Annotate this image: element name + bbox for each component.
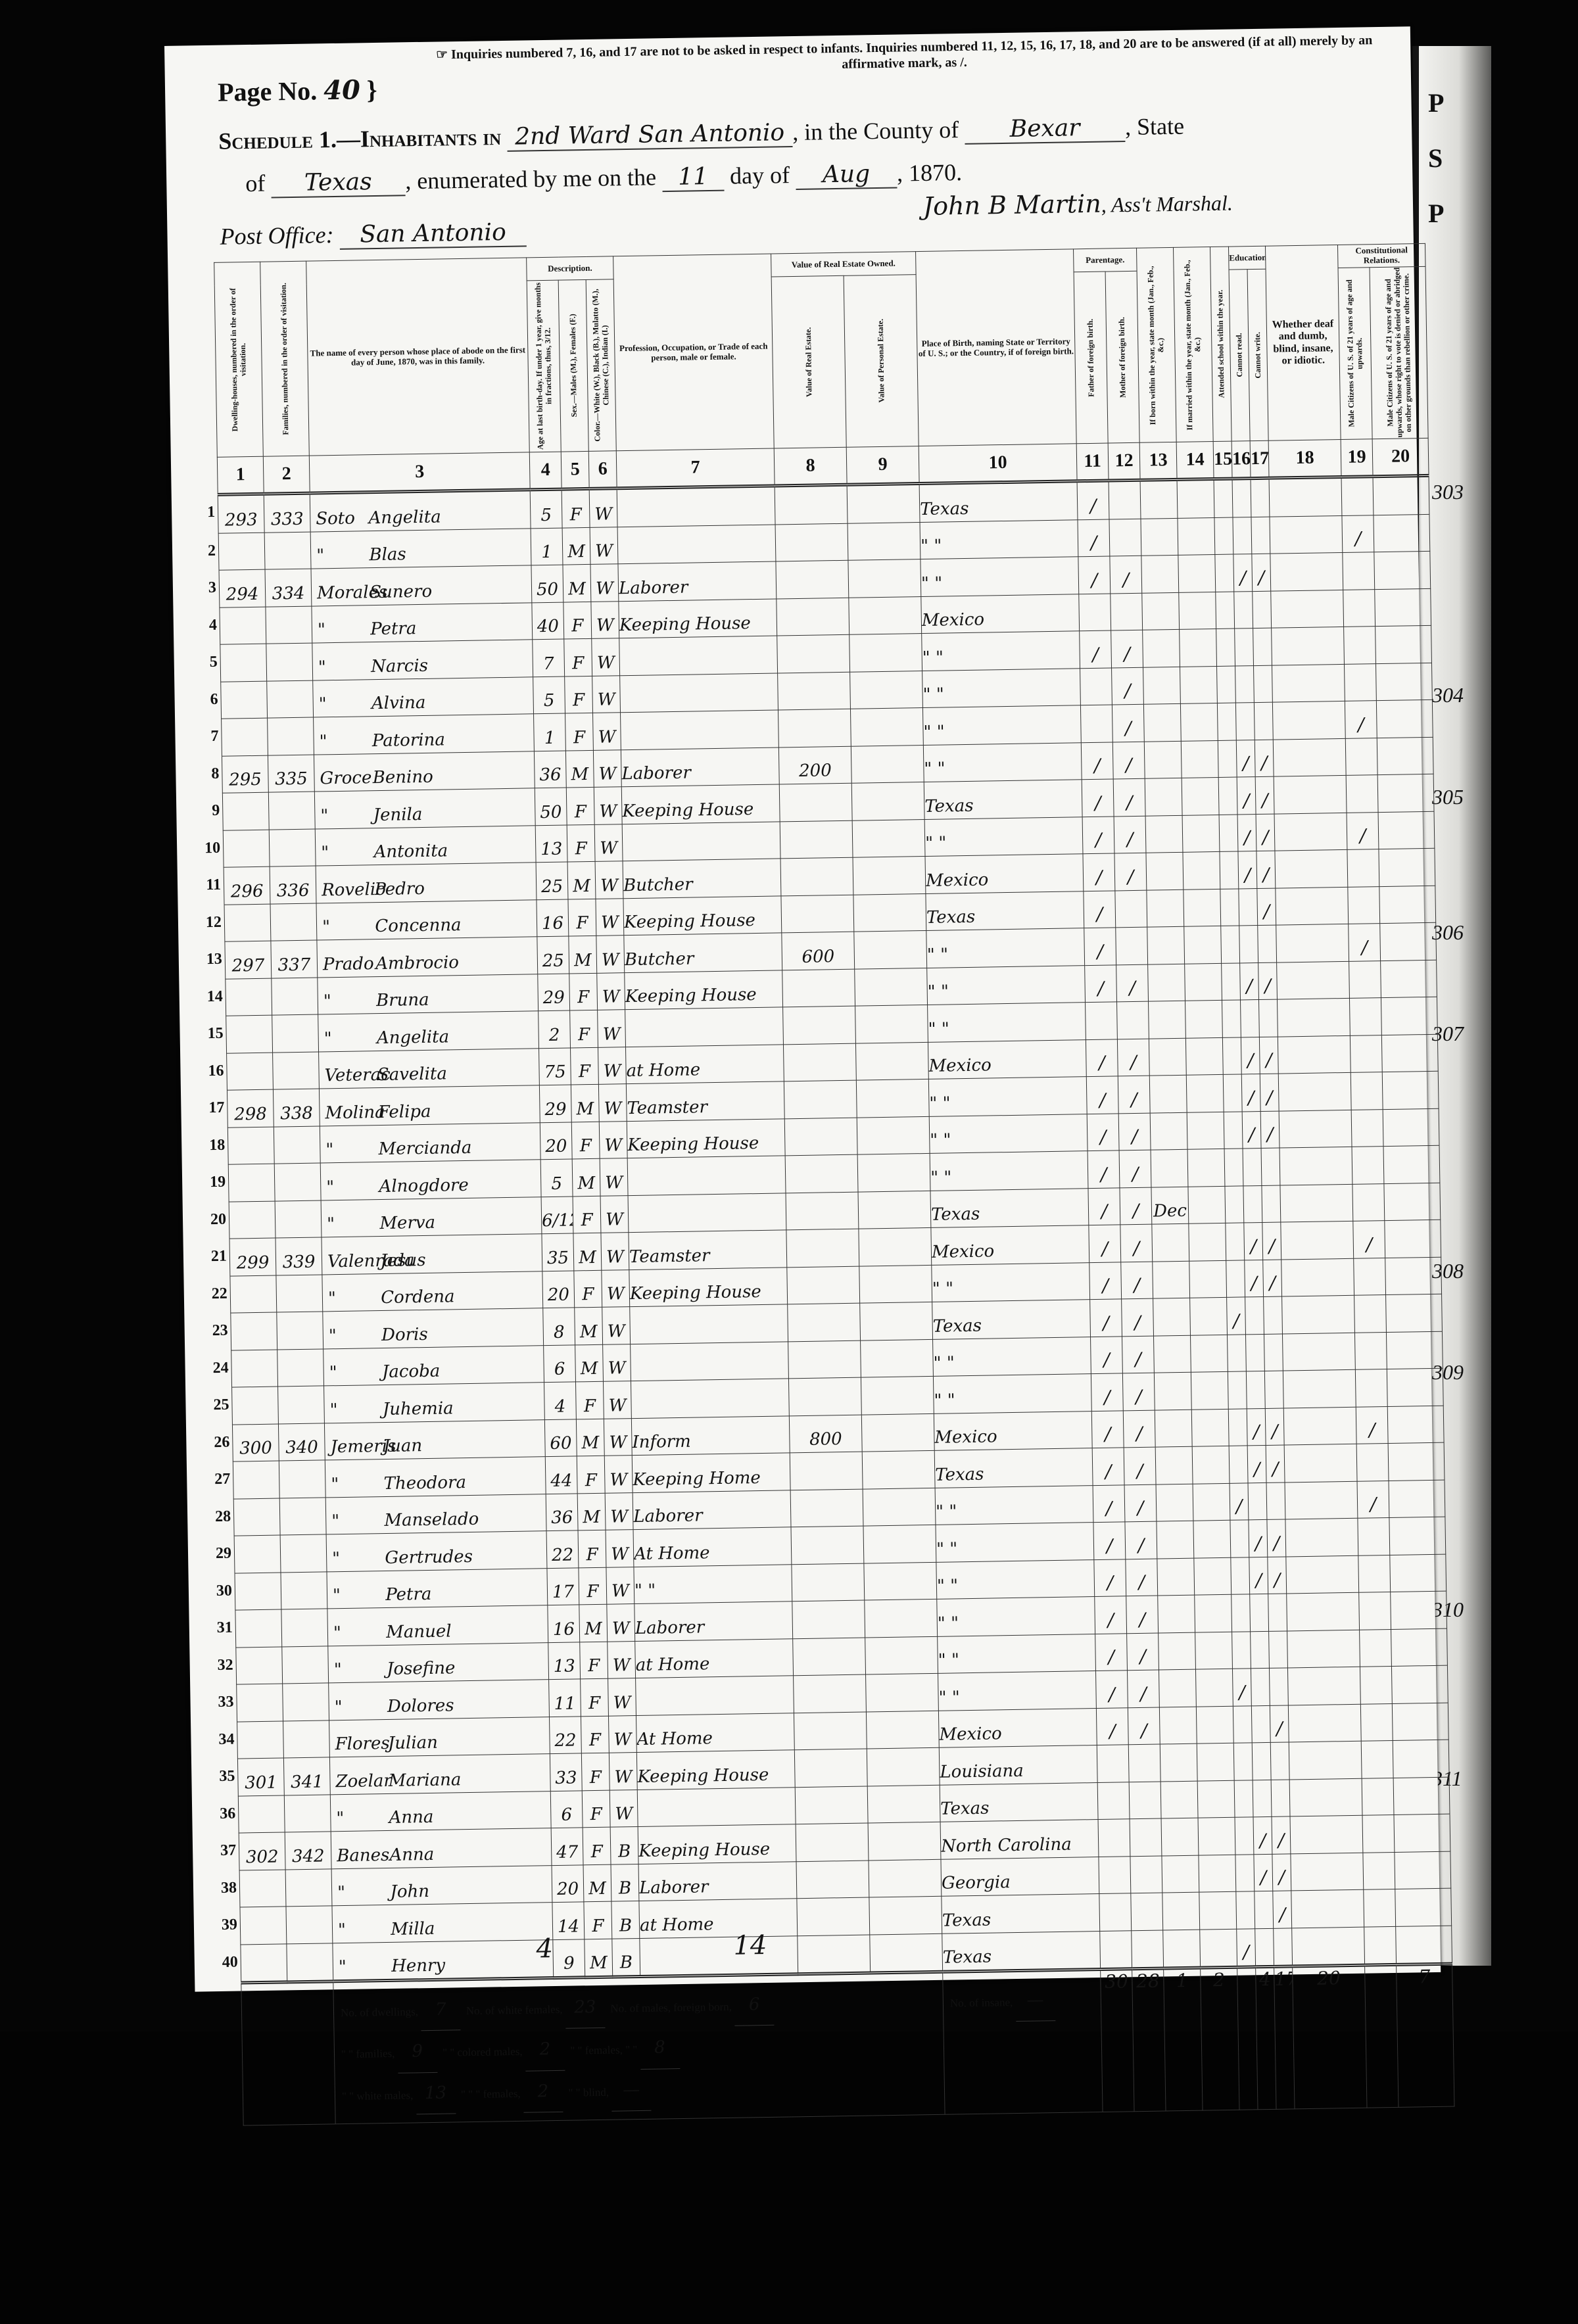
color: W bbox=[598, 1010, 626, 1047]
dwelling-number bbox=[238, 1795, 285, 1833]
line-number: 16 bbox=[200, 1062, 224, 1081]
sex: F bbox=[563, 602, 592, 639]
cannot-read bbox=[1245, 1260, 1264, 1297]
check-mark-icon bbox=[1135, 1350, 1141, 1370]
given-name: Narcis bbox=[371, 655, 428, 676]
check-mark-icon bbox=[1267, 1126, 1274, 1145]
dwelling-number bbox=[221, 681, 268, 719]
school bbox=[1214, 479, 1233, 517]
given-name: Benino bbox=[373, 767, 433, 788]
adjacent-header-letter: S bbox=[1428, 141, 1491, 176]
mother-foreign bbox=[1121, 1262, 1153, 1299]
surname: " bbox=[329, 1400, 377, 1420]
vote-denied bbox=[1384, 1183, 1441, 1221]
cannot-write bbox=[1251, 517, 1270, 554]
citizen bbox=[1360, 1703, 1393, 1741]
vote-denied bbox=[1376, 700, 1433, 738]
dwelling-number bbox=[231, 1312, 277, 1350]
check-mark-icon bbox=[1266, 1051, 1272, 1071]
occupation bbox=[630, 1304, 788, 1344]
birthplace: " " bbox=[920, 557, 1079, 596]
vote-denied bbox=[1391, 1591, 1447, 1629]
father-foreign bbox=[1098, 1819, 1130, 1857]
school bbox=[1219, 815, 1238, 852]
given-name: Manuel bbox=[386, 1621, 452, 1642]
citizen bbox=[1347, 812, 1379, 849]
citizen bbox=[1358, 1518, 1390, 1555]
cannot-read bbox=[1243, 1149, 1262, 1186]
born-month bbox=[1144, 741, 1182, 778]
check-mark-icon bbox=[1360, 826, 1366, 846]
citizen bbox=[1349, 924, 1381, 961]
sex: M bbox=[575, 1307, 603, 1344]
surname: Soto bbox=[316, 508, 363, 529]
sex: F bbox=[565, 713, 594, 750]
personal-estate-value bbox=[850, 671, 923, 709]
family-number bbox=[268, 717, 314, 755]
vote-denied bbox=[1394, 1814, 1450, 1852]
age: 2 bbox=[538, 1010, 571, 1048]
mother-foreign bbox=[1122, 1336, 1155, 1373]
mother-foreign bbox=[1111, 593, 1143, 630]
birthplace: " " bbox=[929, 1114, 1088, 1153]
check-mark-icon bbox=[1134, 1276, 1140, 1296]
married-month bbox=[1197, 1743, 1234, 1780]
father-foreign bbox=[1099, 1893, 1132, 1931]
disability bbox=[1285, 1481, 1358, 1519]
person-name: " Petra bbox=[327, 1568, 548, 1609]
line-number: 2 bbox=[192, 542, 216, 561]
check-mark-icon bbox=[1140, 1684, 1147, 1704]
family-number bbox=[280, 1534, 327, 1573]
check-mark-icon bbox=[1262, 791, 1268, 811]
vote-denied bbox=[1375, 625, 1432, 663]
personal-estate-value bbox=[866, 1673, 939, 1711]
disability bbox=[1278, 1072, 1351, 1110]
school bbox=[1222, 962, 1241, 1000]
dwelling-number bbox=[227, 1053, 274, 1091]
surname: " bbox=[333, 1585, 380, 1605]
born-month bbox=[1148, 964, 1185, 1001]
color: W bbox=[608, 1715, 636, 1753]
line-number: 39 bbox=[214, 1916, 237, 1935]
dwelling-number bbox=[236, 1646, 283, 1684]
person-name: " John bbox=[331, 1865, 552, 1906]
check-mark-icon bbox=[1245, 866, 1251, 886]
occupation: Keeping House bbox=[636, 1750, 795, 1790]
age: 13 bbox=[548, 1642, 581, 1679]
born-month bbox=[1151, 1149, 1188, 1187]
occupation bbox=[636, 1676, 794, 1715]
person-name: " Angelita bbox=[318, 1011, 539, 1052]
surname: " bbox=[334, 1697, 381, 1717]
check-mark-icon bbox=[1133, 1239, 1139, 1258]
colored-females-count: 2 bbox=[523, 2071, 563, 2113]
occupation bbox=[620, 673, 778, 712]
real-estate-value bbox=[788, 1377, 861, 1415]
check-mark-icon bbox=[1101, 1239, 1108, 1259]
vote-denied bbox=[1383, 1145, 1440, 1183]
sex: M bbox=[572, 1158, 600, 1196]
line-number: 6 bbox=[194, 691, 218, 709]
personal-estate-value bbox=[860, 1302, 933, 1340]
vote-denied bbox=[1389, 1480, 1445, 1518]
real-estate-value bbox=[787, 1266, 860, 1304]
age: 50 bbox=[535, 788, 567, 825]
vote-denied bbox=[1390, 1554, 1446, 1592]
dwelling-number bbox=[228, 1164, 275, 1202]
person-name: Molina Felipa bbox=[319, 1085, 540, 1126]
vote-denied bbox=[1388, 1442, 1445, 1481]
vote-denied bbox=[1389, 1517, 1446, 1555]
cannot-read bbox=[1232, 479, 1251, 517]
personal-estate-value bbox=[856, 1079, 929, 1117]
family-number: 340 bbox=[278, 1423, 325, 1461]
check-mark-icon bbox=[1133, 1202, 1139, 1221]
color: W bbox=[606, 1567, 634, 1604]
family-number bbox=[277, 1348, 324, 1387]
personal-estate-value bbox=[851, 745, 924, 783]
father-foreign bbox=[1091, 1410, 1124, 1448]
foreign-females-count: 8 bbox=[640, 2027, 680, 2069]
sex: F bbox=[577, 1456, 605, 1493]
disability bbox=[1277, 961, 1350, 999]
citizen bbox=[1347, 849, 1379, 887]
father-foreign bbox=[1095, 1596, 1127, 1634]
cannot-write bbox=[1262, 1222, 1281, 1260]
mother-foreign bbox=[1113, 778, 1145, 816]
father-foreign bbox=[1096, 1671, 1128, 1708]
color: W bbox=[604, 1456, 633, 1493]
school bbox=[1237, 1928, 1256, 1967]
dwelling-number bbox=[237, 1720, 284, 1759]
age: 7 bbox=[533, 639, 565, 676]
adjacent-dwelling-number: 305 bbox=[1432, 785, 1464, 809]
surname: " bbox=[318, 657, 366, 677]
real-estate-value bbox=[777, 634, 850, 673]
age: 1 bbox=[531, 528, 563, 565]
check-mark-icon bbox=[1100, 1128, 1107, 1148]
given-name: Ambrocio bbox=[375, 953, 459, 974]
citizen bbox=[1344, 627, 1376, 664]
col-dwelling-header: Dwelling-houses, numbered in the order o… bbox=[214, 262, 264, 457]
real-estate-value bbox=[783, 1006, 856, 1044]
mother-foreign bbox=[1123, 1410, 1155, 1448]
check-mark-icon bbox=[1260, 1832, 1266, 1851]
married-month bbox=[1195, 1594, 1232, 1632]
cannot-read bbox=[1251, 1668, 1270, 1705]
married-month bbox=[1200, 1929, 1237, 1968]
line-number: 9 bbox=[196, 802, 220, 820]
given-name: Merva bbox=[379, 1213, 435, 1233]
check-mark-icon bbox=[1253, 1423, 1260, 1442]
age: 47 bbox=[551, 1828, 583, 1865]
family-number: 333 bbox=[264, 493, 310, 533]
born-month bbox=[1163, 1930, 1201, 1968]
mother-foreign bbox=[1109, 519, 1141, 556]
born-month bbox=[1142, 592, 1180, 630]
person-name: " Mercianda bbox=[320, 1122, 540, 1163]
check-mark-icon bbox=[1369, 1421, 1375, 1440]
surname: " bbox=[318, 619, 365, 640]
check-mark-icon bbox=[1276, 1720, 1283, 1740]
married-month bbox=[1183, 889, 1221, 926]
color: W bbox=[610, 1790, 638, 1827]
check-mark-icon bbox=[1134, 1313, 1141, 1333]
cannot-read bbox=[1251, 1631, 1270, 1669]
mother-foreign bbox=[1129, 1782, 1161, 1819]
sex: F bbox=[567, 824, 595, 862]
mother-foreign bbox=[1124, 1447, 1156, 1484]
surname: " bbox=[339, 1956, 386, 1977]
born-month bbox=[1155, 1410, 1192, 1447]
check-mark-icon bbox=[1137, 1499, 1144, 1519]
age: 5 bbox=[530, 489, 562, 528]
born-month bbox=[1159, 1707, 1197, 1744]
given-name: Jacoba bbox=[382, 1362, 441, 1382]
citizen bbox=[1355, 1369, 1387, 1407]
birthplace: Louisiana bbox=[939, 1745, 1097, 1785]
married-month bbox=[1199, 1891, 1237, 1929]
page-number-value: 40 bbox=[323, 74, 360, 106]
birthplace: " " bbox=[922, 705, 1081, 745]
dwelling-number bbox=[226, 1015, 273, 1053]
married-month bbox=[1179, 592, 1216, 629]
married-month bbox=[1187, 1149, 1225, 1186]
person-name: " Doris bbox=[323, 1308, 544, 1349]
real-estate-value bbox=[785, 1154, 858, 1193]
check-mark-icon bbox=[1358, 715, 1364, 735]
disability bbox=[1270, 515, 1343, 554]
age: 60 bbox=[544, 1419, 577, 1456]
check-mark-icon bbox=[1138, 1573, 1145, 1593]
column-number-19: 19 bbox=[1341, 439, 1373, 477]
summary-tallies: No. of dwellings, 7 No. of white females… bbox=[333, 1972, 945, 2124]
column-number-8: 8 bbox=[774, 447, 847, 486]
personal-estate-value bbox=[865, 1636, 938, 1674]
cannot-write bbox=[1259, 999, 1278, 1037]
check-mark-icon bbox=[1092, 645, 1099, 665]
vote-denied bbox=[1391, 1665, 1448, 1703]
age: 11 bbox=[549, 1679, 581, 1717]
real-estate-value bbox=[791, 1526, 864, 1564]
dwelling-number bbox=[222, 718, 268, 756]
real-estate-value bbox=[794, 1712, 867, 1750]
disability bbox=[1279, 1110, 1352, 1148]
real-estate-value bbox=[775, 523, 848, 561]
surname: Zoelar bbox=[335, 1771, 383, 1791]
cannot-write bbox=[1260, 1074, 1279, 1111]
disability bbox=[1288, 1704, 1361, 1742]
col-occupation-header: Profession, Occupation, or Trade of each… bbox=[613, 254, 775, 451]
citizen bbox=[1357, 1481, 1389, 1518]
line-number: 35 bbox=[211, 1768, 235, 1786]
given-name: Pedro bbox=[374, 878, 425, 899]
person-name: " Antonita bbox=[315, 825, 536, 866]
sex: M bbox=[575, 1344, 604, 1382]
citizen bbox=[1354, 1258, 1386, 1295]
column-number-20: 20 bbox=[1372, 438, 1429, 476]
dwelling-number bbox=[224, 904, 271, 942]
married-month bbox=[1191, 1335, 1228, 1372]
mother-foreign bbox=[1116, 964, 1149, 1002]
sex: F bbox=[574, 1270, 602, 1308]
mother-foreign bbox=[1128, 1707, 1160, 1745]
census-page: ☞ Inquiries numbered 7, 16, and 17 are n… bbox=[164, 26, 1441, 1991]
father-foreign bbox=[1099, 1856, 1131, 1893]
real-estate-value bbox=[778, 672, 851, 710]
sex: F bbox=[565, 676, 593, 713]
check-mark-icon bbox=[1095, 794, 1101, 813]
given-name: Antonita bbox=[373, 841, 448, 862]
dwelling-number bbox=[239, 1869, 286, 1907]
family-number bbox=[269, 829, 316, 867]
born-month bbox=[1157, 1558, 1195, 1596]
check-mark-icon bbox=[1124, 682, 1131, 701]
cannot-read bbox=[1255, 1928, 1274, 1967]
cannot-read bbox=[1239, 888, 1258, 926]
citizen bbox=[1363, 1852, 1395, 1889]
cannot-write bbox=[1256, 851, 1276, 888]
person-name: " Alvina bbox=[313, 676, 534, 717]
insane-tally: No. of insane, — bbox=[943, 1969, 1103, 2114]
check-mark-icon bbox=[1268, 1237, 1275, 1256]
occupation: Keeping House bbox=[623, 895, 782, 935]
married-month bbox=[1181, 740, 1218, 778]
mother-foreign bbox=[1117, 1001, 1149, 1039]
disability bbox=[1286, 1555, 1359, 1594]
age: 35 bbox=[542, 1233, 574, 1271]
disability bbox=[1287, 1592, 1360, 1630]
cannot-write bbox=[1254, 702, 1273, 740]
family-number bbox=[273, 1052, 320, 1090]
surname: Prado bbox=[323, 954, 370, 974]
given-name: Mariana bbox=[389, 1770, 462, 1791]
occupation bbox=[619, 636, 778, 675]
color: W bbox=[600, 1158, 628, 1196]
disability bbox=[1271, 590, 1344, 628]
personal-estate-value bbox=[853, 856, 926, 894]
adjacent-page-header-letters: PSP bbox=[1419, 85, 1491, 231]
col-sex-header: Sex.—Males (M.), Females (F.) bbox=[558, 279, 588, 452]
school bbox=[1215, 554, 1234, 592]
check-mark-icon bbox=[1131, 1090, 1137, 1110]
surname: Valenrada bbox=[327, 1251, 375, 1271]
cannot-write bbox=[1266, 1445, 1285, 1482]
color: W bbox=[607, 1604, 635, 1642]
married-month bbox=[1189, 1260, 1227, 1298]
real-estate-value bbox=[782, 969, 855, 1007]
occupation: At Home bbox=[636, 1713, 794, 1752]
citizen bbox=[1360, 1666, 1392, 1703]
occupation: Teamster bbox=[629, 1230, 787, 1269]
given-name: Mercianda bbox=[378, 1138, 471, 1159]
married-month bbox=[1186, 1074, 1224, 1112]
disability bbox=[1276, 887, 1349, 925]
sex: F bbox=[564, 638, 592, 676]
married-month bbox=[1185, 963, 1222, 1001]
occupation: Laborer bbox=[634, 1601, 793, 1641]
given-name: Jesus bbox=[380, 1250, 426, 1270]
age: 20 bbox=[542, 1270, 575, 1308]
col-vote-denied-header: Male Citizens of U. S. of 21 years of ag… bbox=[1370, 266, 1428, 439]
mother-foreign bbox=[1119, 1150, 1151, 1187]
vote-denied bbox=[1387, 1331, 1443, 1369]
personal-estate-value bbox=[861, 1413, 934, 1452]
check-mark-icon bbox=[1128, 868, 1134, 888]
birthplace: " " bbox=[930, 1151, 1088, 1191]
person-name: Soto Angelita bbox=[310, 490, 531, 532]
person-name: Rovelio Pedro bbox=[316, 863, 537, 903]
school bbox=[1228, 1334, 1247, 1371]
census-table: Dwelling-houses, numbered in the order o… bbox=[214, 243, 1454, 2126]
personal-estate-value bbox=[848, 559, 921, 598]
colored-males-count: 2 bbox=[525, 2029, 565, 2071]
column-number-6: 6 bbox=[588, 451, 617, 489]
disability bbox=[1278, 1035, 1351, 1074]
surname: " bbox=[329, 1362, 376, 1383]
citizen bbox=[1360, 1629, 1392, 1667]
color: W bbox=[594, 824, 623, 861]
father-foreign bbox=[1086, 1039, 1118, 1076]
father-foreign bbox=[1080, 630, 1112, 668]
given-name: Savelita bbox=[377, 1064, 447, 1085]
father-foreign bbox=[1091, 1373, 1123, 1411]
father-foreign bbox=[1097, 1745, 1129, 1782]
color: W bbox=[591, 601, 619, 638]
check-mark-icon bbox=[1096, 868, 1103, 888]
dwelling-number bbox=[220, 644, 267, 682]
father-foreign bbox=[1091, 1336, 1123, 1373]
cannot-write bbox=[1259, 1037, 1278, 1074]
cannot-read bbox=[1253, 1780, 1272, 1817]
check-mark-icon bbox=[1101, 1165, 1107, 1185]
surname: " bbox=[326, 1177, 373, 1197]
family-number bbox=[266, 606, 312, 644]
real-estate-value bbox=[783, 1043, 856, 1081]
sex: M bbox=[571, 1084, 599, 1122]
sex: F bbox=[562, 488, 590, 527]
birthplace: North Carolina bbox=[940, 1820, 1099, 1859]
color: W bbox=[592, 638, 620, 676]
cannot-read bbox=[1250, 1594, 1269, 1631]
cannot-read bbox=[1235, 628, 1254, 666]
cannot-write bbox=[1270, 1742, 1289, 1780]
cannot-read bbox=[1241, 1000, 1260, 1037]
sex: F bbox=[581, 1753, 610, 1790]
family-number bbox=[274, 1163, 321, 1201]
personal-estate-value bbox=[847, 484, 920, 523]
married-month bbox=[1178, 517, 1215, 555]
mother-foreign bbox=[1109, 480, 1141, 519]
surname: " bbox=[329, 1325, 376, 1346]
age: 50 bbox=[531, 565, 563, 602]
age: 36 bbox=[534, 751, 566, 788]
sex: M bbox=[579, 1604, 608, 1642]
occupation bbox=[621, 710, 779, 749]
real-estate-value bbox=[777, 598, 849, 636]
occupation bbox=[625, 1007, 784, 1047]
father-foreign bbox=[1088, 1150, 1120, 1188]
personal-estate-value bbox=[863, 1488, 936, 1526]
family-number bbox=[284, 1794, 331, 1832]
check-mark-icon bbox=[1279, 1868, 1285, 1888]
born-month bbox=[1146, 852, 1183, 889]
born-month: Dec bbox=[1151, 1187, 1189, 1224]
white-females-count: 23 bbox=[565, 1987, 605, 2029]
check-mark-icon bbox=[1139, 1648, 1146, 1667]
person-name: " Gertrudes bbox=[326, 1531, 547, 1572]
